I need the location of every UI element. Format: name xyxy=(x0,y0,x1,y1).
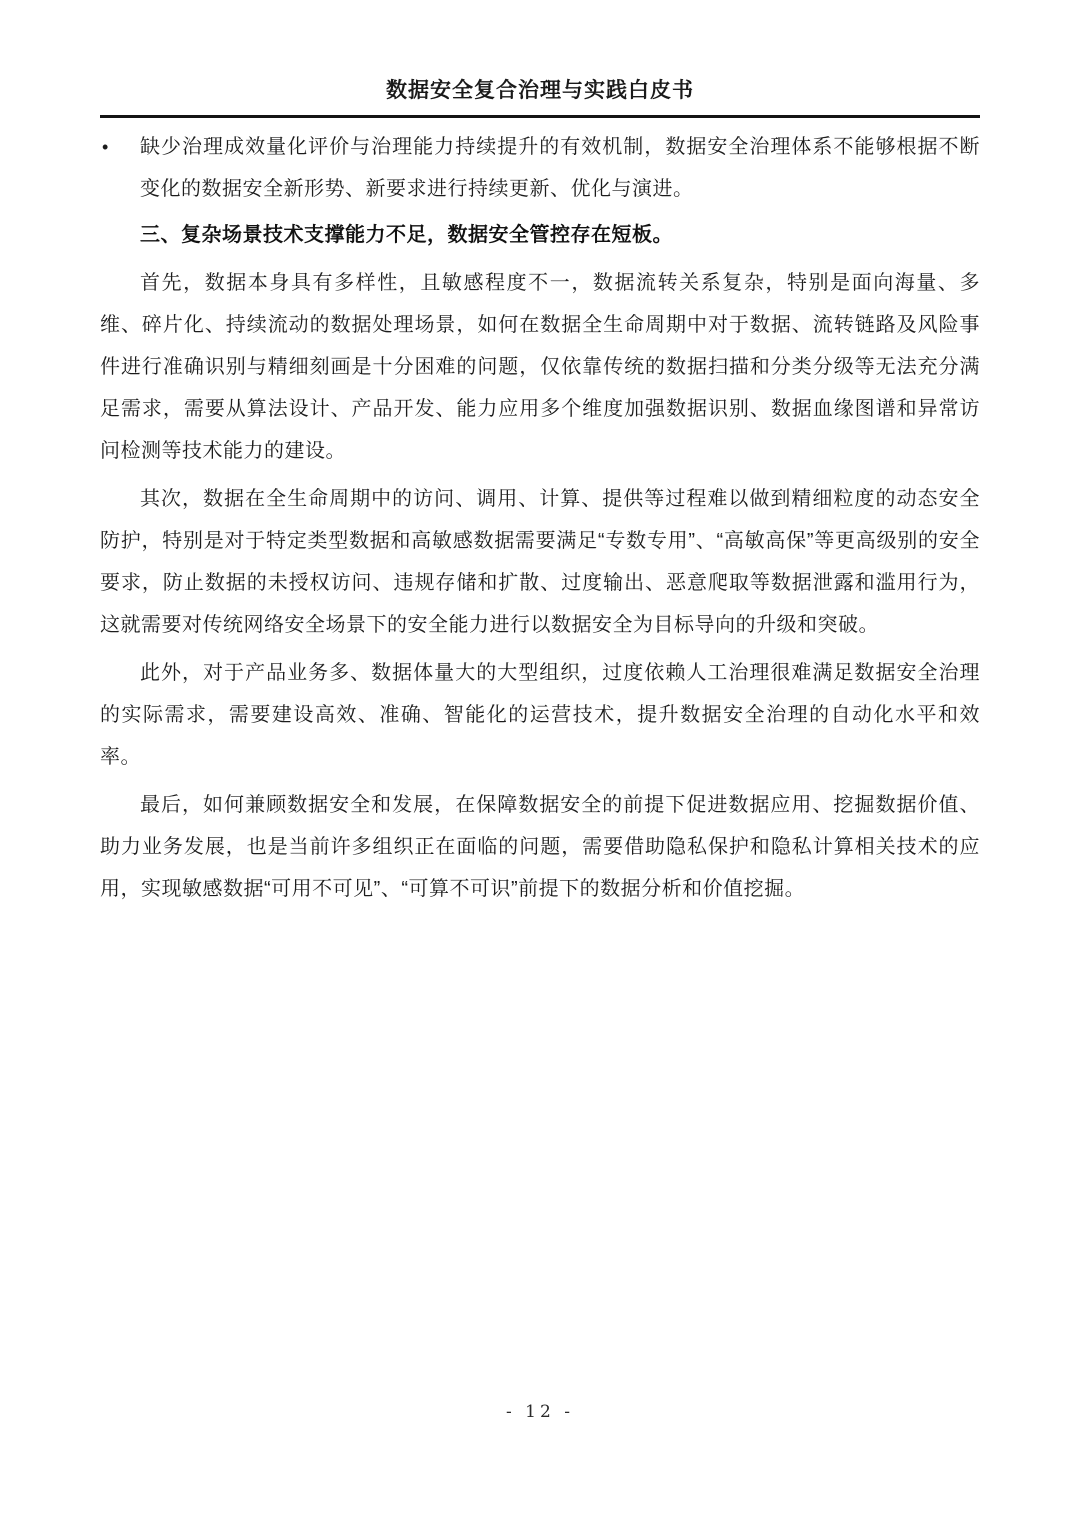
page-body: • 缺少治理成效量化评价与治理能力持续提升的有效机制，数据安全治理体系不能够根据… xyxy=(100,126,980,910)
paragraph-fourth: 最后，如何兼顾数据安全和发展，在保障数据安全的前提下促进数据应用、挖掘数据价值、… xyxy=(100,784,980,910)
paragraph-second: 其次，数据在全生命周期中的访问、调用、计算、提供等过程难以做到精细粒度的动态安全… xyxy=(100,478,980,646)
document-title: 数据安全复合治理与实践白皮书 xyxy=(0,78,1080,104)
bullet-item-text: 缺少治理成效量化评价与治理能力持续提升的有效机制，数据安全治理体系不能够根据不断… xyxy=(140,136,980,200)
paragraph-third: 此外，对于产品业务多、数据体量大的大型组织，过度依赖人工治理很难满足数据安全治理… xyxy=(100,652,980,778)
header-rule xyxy=(100,115,980,118)
bullet-icon: • xyxy=(102,126,109,168)
section-heading: 三、复杂场景技术支撑能力不足，数据安全管控存在短板。 xyxy=(100,214,980,256)
paragraph-first: 首先，数据本身具有多样性，且敏感程度不一，数据流转关系复杂，特别是面向海量、多维… xyxy=(100,262,980,472)
page-header: 数据安全复合治理与实践白皮书 xyxy=(0,0,1080,118)
page-number: - 12 - xyxy=(0,1402,1080,1422)
document-page: 数据安全复合治理与实践白皮书 • 缺少治理成效量化评价与治理能力持续提升的有效机… xyxy=(0,0,1080,1527)
bullet-list-item: • 缺少治理成效量化评价与治理能力持续提升的有效机制，数据安全治理体系不能够根据… xyxy=(100,126,980,210)
